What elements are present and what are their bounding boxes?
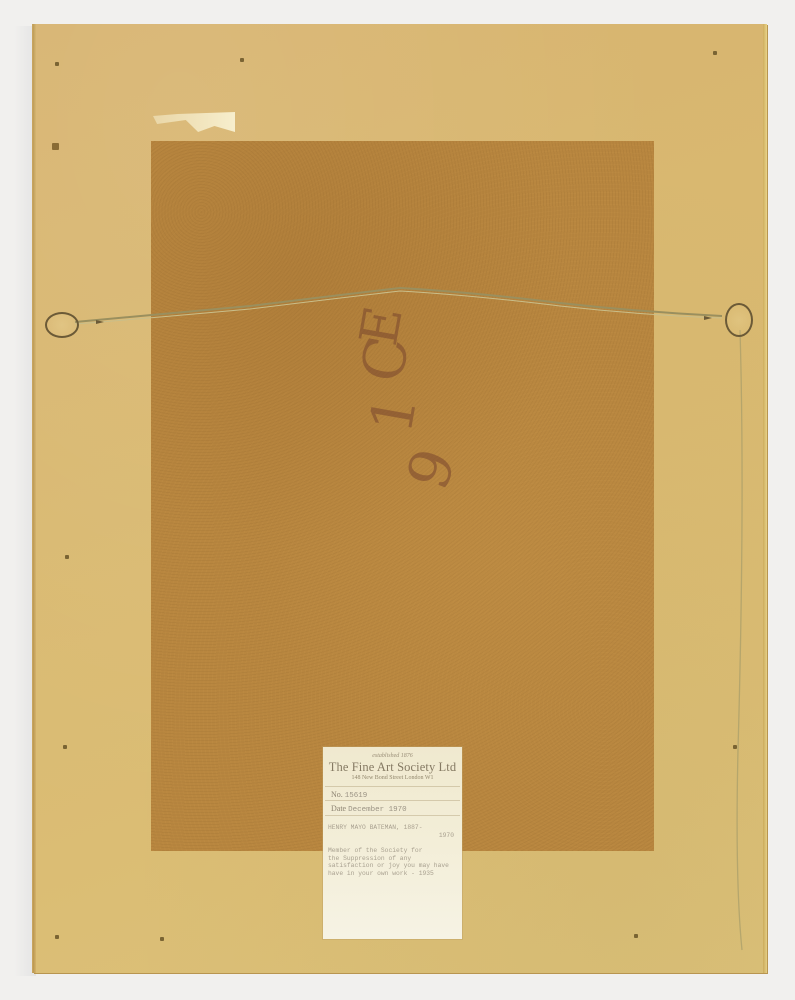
gallery-label: established 1876 The Fine Art Society Lt… [323,747,462,939]
tack [55,62,59,66]
tack [52,143,59,150]
frame-edge-right [763,24,767,973]
label-company: The Fine Art Society Ltd [323,760,462,775]
handwriting-char: C [353,332,418,386]
tack [65,555,69,559]
tack [55,935,59,939]
label-established: established 1876 [323,753,462,759]
label-divider [325,815,460,816]
label-date-caption: Date [331,804,346,813]
label-artist: HENRY MAYO BATEMAN, 1887- [328,824,458,832]
label-number-field: No. 15619 [331,790,367,800]
label-number-value: 15619 [345,792,368,800]
label-divider [325,800,460,801]
label-quote: Member of the Society for the Suppressio… [328,847,458,877]
handwritten-marking: E C 1 9 [355,300,495,510]
label-number-caption: No. [331,790,343,799]
tack [160,937,164,941]
d-ring-left-icon [45,312,79,338]
frame-edge-left [33,24,36,973]
tack [733,745,737,749]
label-date-value: December 1970 [348,806,407,814]
tack [713,51,717,55]
handwriting-char: 1 [362,391,426,437]
label-artist-death-year: 1970 [439,832,454,840]
d-ring-right-icon [725,303,753,337]
label-date-field: Date December 1970 [331,804,407,814]
tack [634,934,638,938]
handwriting-char: 9 [398,442,465,497]
label-address: 148 New Bond Street London W1 [323,775,462,781]
label-divider [325,786,460,787]
tack [63,745,67,749]
tack [240,58,244,62]
